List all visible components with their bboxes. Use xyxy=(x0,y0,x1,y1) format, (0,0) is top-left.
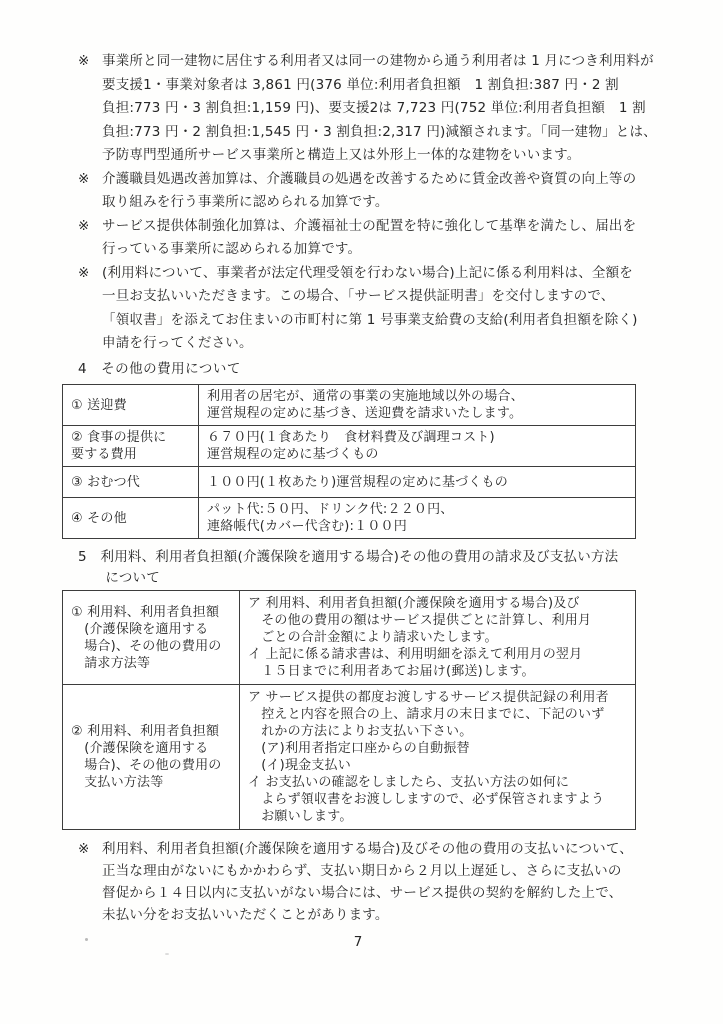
note-marker: ※ xyxy=(78,168,102,215)
notes-section: ※ 事業所と同一建物に居住する利用者又は同一の建物から通う利用者は 1 月につき… xyxy=(62,50,668,356)
billing-payment-table: ① 利用料、利用者負担額 (介護保険を適用する 場合)、その他の費用の 請求方法… xyxy=(62,590,636,830)
row-label: ① 利用料、利用者負担額 (介護保険を適用する 場合)、その他の費用の 請求方法… xyxy=(63,591,240,685)
note-text: サービス提供体制強化加算は、介護福祉士の配置を特に強化して基準を満たし、届出を … xyxy=(102,215,668,262)
table-row-other-fee: ④ その他 パット代:５０円、ドリンク代:２２０円、 連絡帳代(カバー代含む):… xyxy=(63,498,636,539)
note-text: (利用料について、事業者が法定代理受領を行わない場合)上記に係る利用料は、全額を… xyxy=(102,262,668,356)
note-marker: ※ xyxy=(78,215,102,262)
table-row-transport-fee: ① 送迎費 利用者の居宅が、通常の事業の実施地域以外の場合、 運営規程の定めに基… xyxy=(63,385,636,426)
row-content: ６７０円(１食あたり 食材料費及び調理コスト) 運営規程の定めに基づくもの xyxy=(199,426,636,467)
row-content: パット代:５０円、ドリンク代:２２０円、 連絡帳代(カバー代含む):１００円 xyxy=(199,498,636,539)
row-content: １００円(１枚あたり)運営規程の定めに基づくもの xyxy=(199,467,636,498)
footnote-section: ※ 利用料、利用者負担額(介護保険を適用する場合)及びその他の費用の支払いについ… xyxy=(62,838,668,926)
table-row-billing-method: ① 利用料、利用者負担額 (介護保険を適用する 場合)、その他の費用の 請求方法… xyxy=(63,591,636,685)
row-label: ② 食事の提供に 要する費用 xyxy=(63,426,199,467)
note-text: 事業所と同一建物に居住する利用者又は同一の建物から通う利用者は 1 月につき利用… xyxy=(102,50,668,168)
table-row-diaper-fee: ③ おむつ代 １００円(１枚あたり)運営規程の定めに基づくもの xyxy=(63,467,636,498)
row-content: ア サービス提供の都度お渡しするサービス提供記録の利用者 控えと内容を照合の上、… xyxy=(240,685,636,830)
note-marker: ※ xyxy=(78,262,102,356)
row-label: ③ おむつ代 xyxy=(63,467,199,498)
section5-heading: 5 利用料、利用者負担額(介護保険を適用する場合)その他の費用の請求及び支払い方… xyxy=(78,547,668,589)
section4-heading: 4 その他の費用について xyxy=(78,357,241,377)
note-text: 利用料、利用者負担額(介護保険を適用する場合)及びその他の費用の支払いについて、… xyxy=(102,838,668,926)
row-label: ④ その他 xyxy=(63,498,199,539)
note-same-building: ※ 事業所と同一建物に居住する利用者又は同一の建物から通う利用者は 1 月につき… xyxy=(78,50,668,168)
table-row-meal-fee: ② 食事の提供に 要する費用 ６７０円(１食あたり 食材料費及び調理コスト) 運… xyxy=(63,426,636,467)
note-marker: ※ xyxy=(78,838,102,926)
note-marker: ※ xyxy=(78,50,102,168)
page-number: 7 xyxy=(0,934,716,950)
scan-speck xyxy=(165,953,169,955)
note-legal-proxy: ※ (利用料について、事業者が法定代理受領を行わない場合)上記に係る利用料は、全… xyxy=(78,262,668,356)
row-content: 利用者の居宅が、通常の事業の実施地域以外の場合、 運営規程の定めに基づき、送迎費… xyxy=(199,385,636,426)
row-content: ア 利用料、利用者負担額(介護保険を適用する場合)及び その他の費用の額はサービ… xyxy=(240,591,636,685)
other-fees-table: ① 送迎費 利用者の居宅が、通常の事業の実施地域以外の場合、 運営規程の定めに基… xyxy=(62,384,636,539)
document-page: ※ 事業所と同一建物に居住する利用者又は同一の建物から通う利用者は 1 月につき… xyxy=(0,0,723,1024)
note-treatment-improvement: ※ 介護職員処遇改善加算は、介護職員の処遇を改善するために賃金改善や資質の向上等… xyxy=(78,168,668,215)
row-label: ② 利用料、利用者負担額 (介護保険を適用する 場合)、その他の費用の 支払い方… xyxy=(63,685,240,830)
note-service-system: ※ サービス提供体制強化加算は、介護福祉士の配置を特に強化して基準を満たし、届出… xyxy=(78,215,668,262)
scan-speck xyxy=(85,938,88,941)
row-label: ① 送迎費 xyxy=(63,385,199,426)
note-text: 介護職員処遇改善加算は、介護職員の処遇を改善するために賃金改善や資質の向上等の … xyxy=(102,168,668,215)
table-row-payment-method: ② 利用料、利用者負担額 (介護保険を適用する 場合)、その他の費用の 支払い方… xyxy=(63,685,636,830)
note-late-payment: ※ 利用料、利用者負担額(介護保険を適用する場合)及びその他の費用の支払いについ… xyxy=(78,838,668,926)
